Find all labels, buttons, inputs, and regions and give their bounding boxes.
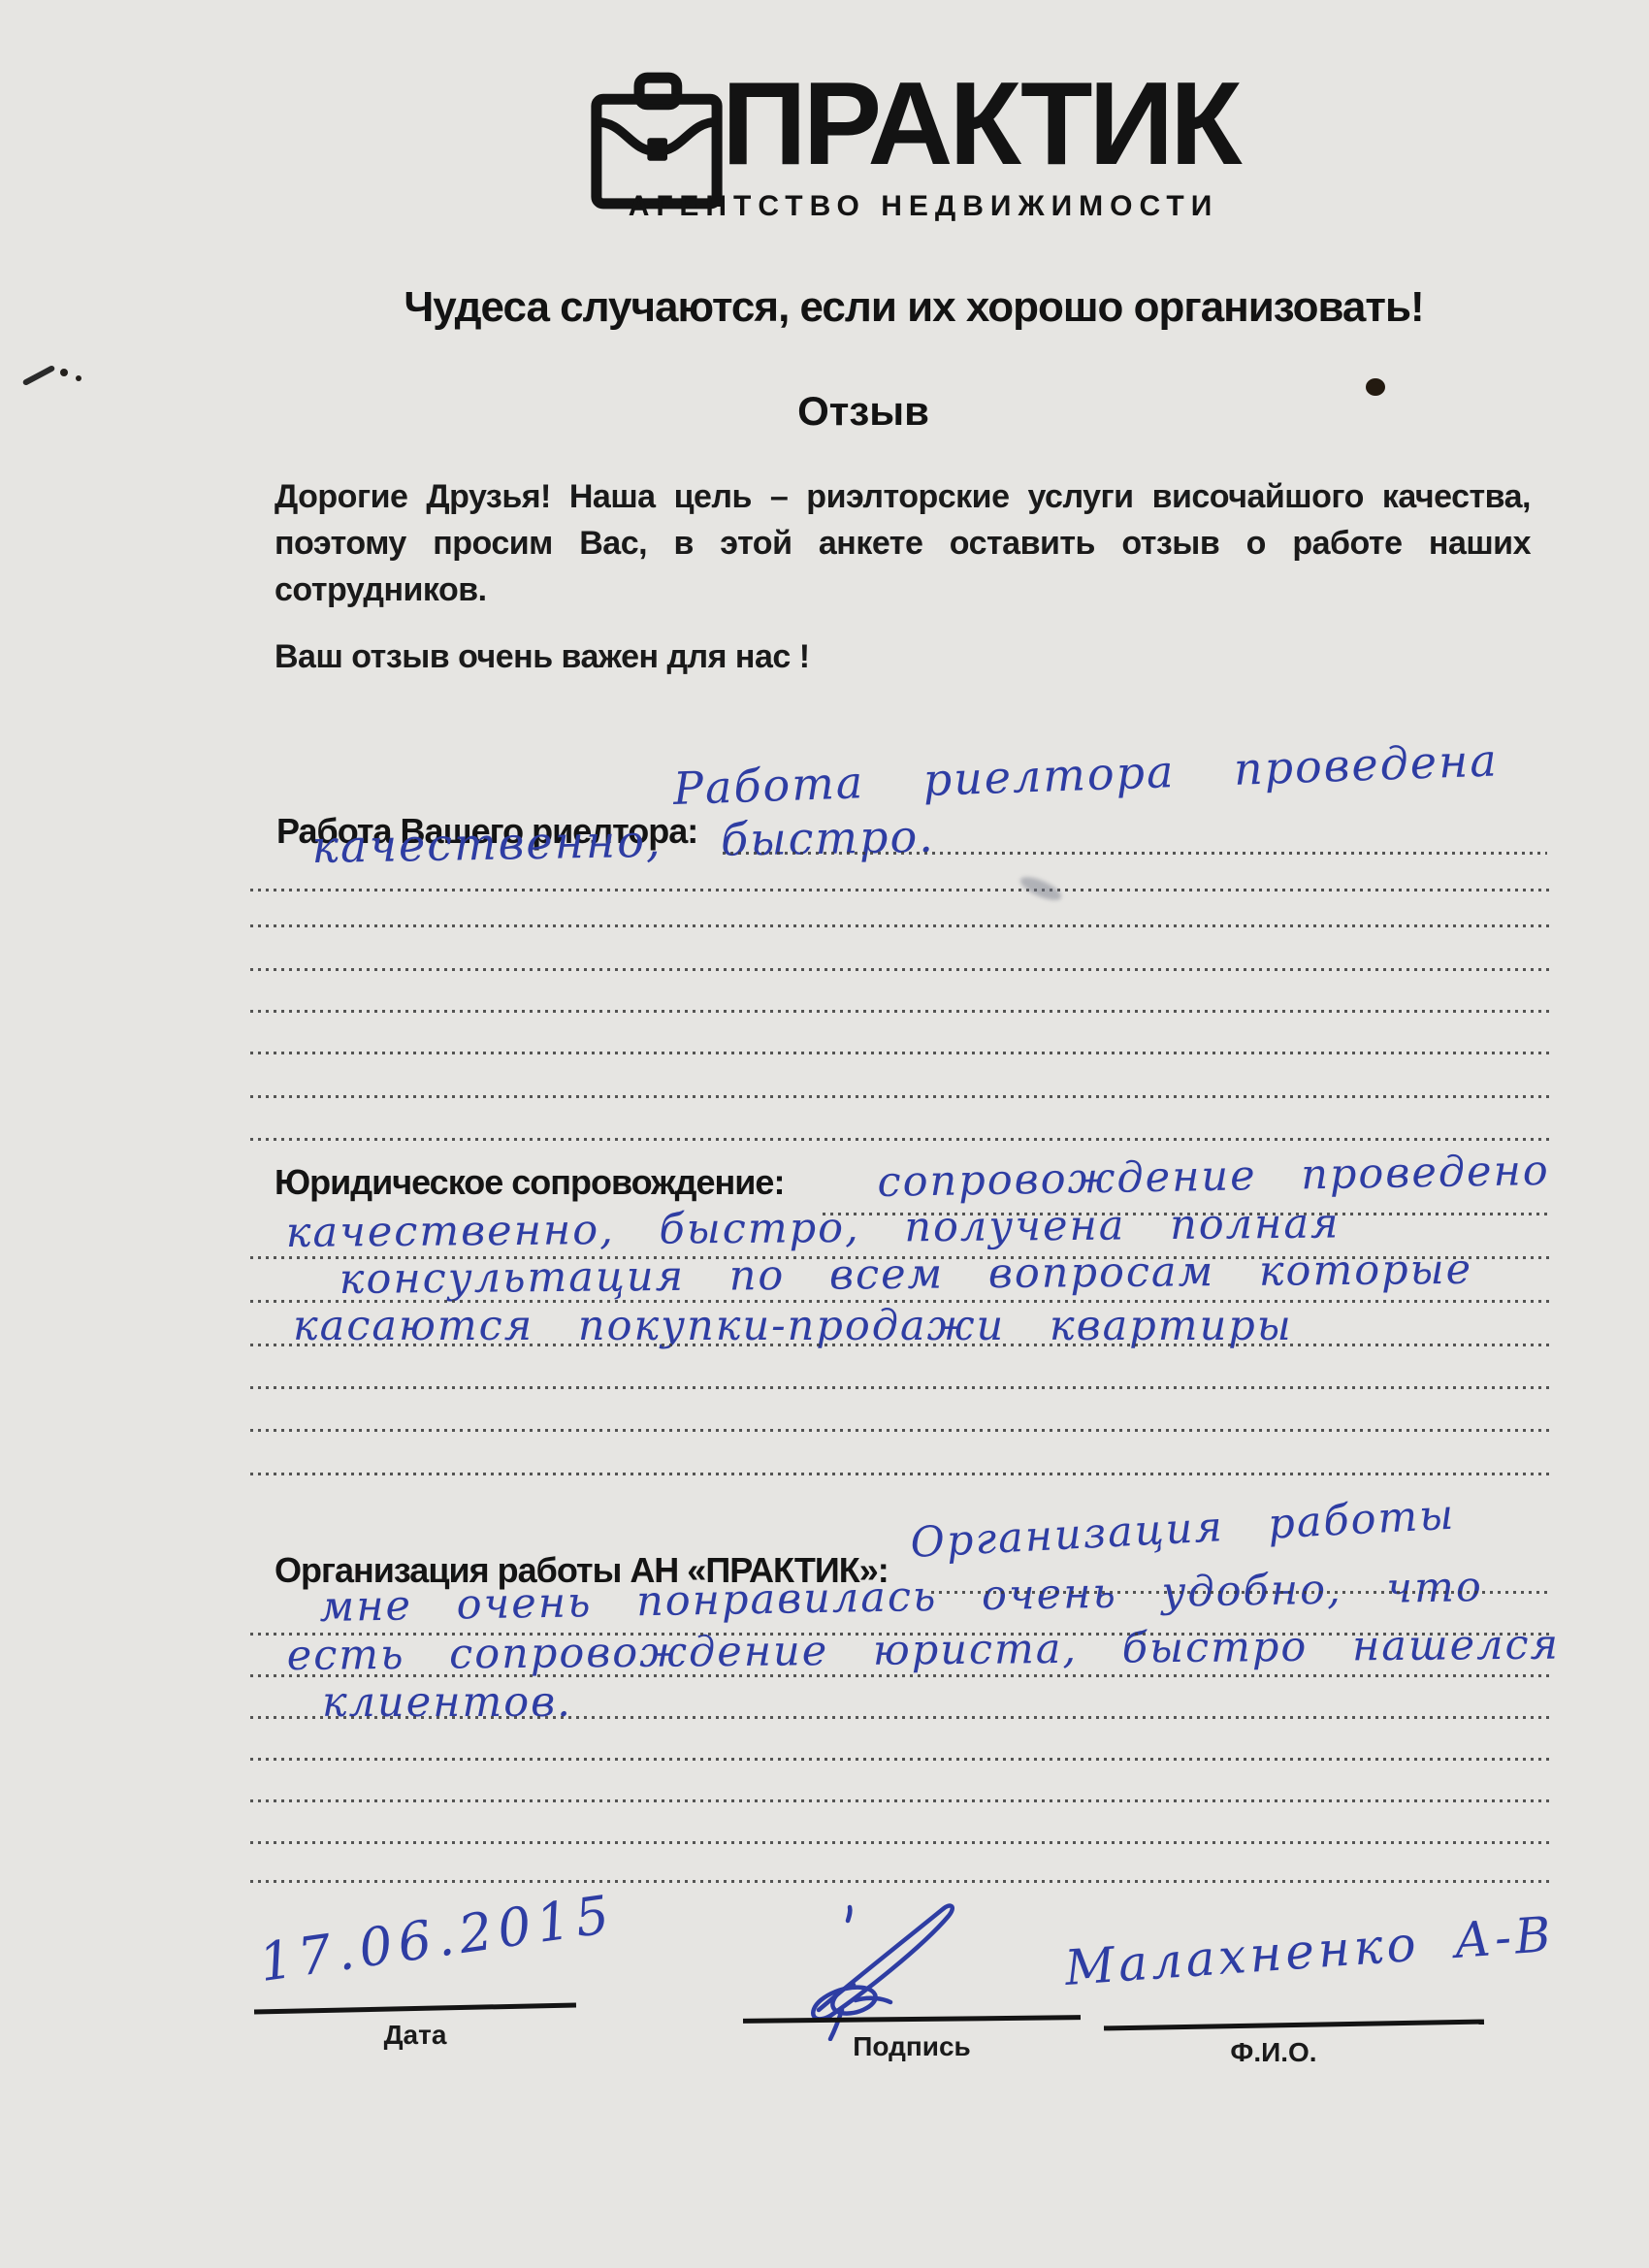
handwritten-answer-line: сопровождение проведено xyxy=(877,1147,1550,1207)
ink-dot xyxy=(76,375,81,381)
dotted-line xyxy=(250,1386,1550,1389)
name-label: Ф.И.О. xyxy=(1104,2037,1443,2068)
handwritten-answer-line: клиентов. xyxy=(322,1678,572,1727)
dotted-line xyxy=(250,1095,1550,1098)
dotted-line xyxy=(250,1799,1550,1802)
dotted-line xyxy=(931,1591,1550,1594)
dotted-line xyxy=(250,1256,1550,1259)
scanned-feedback-form: ПРАКТИК АГЕНТСТВО НЕДВИЖИМОСТИ Чудеса сл… xyxy=(0,0,1649,2268)
dotted-line xyxy=(250,1674,1550,1677)
note-text: Ваш отзыв очень важен для нас ! xyxy=(275,638,810,676)
signature-label: Подпись xyxy=(743,2031,1081,2062)
dotted-line xyxy=(250,1880,1550,1883)
dotted-line xyxy=(823,1213,1548,1215)
dotted-line xyxy=(250,889,1550,891)
handwritten-answer-line: качественно, быстро. xyxy=(311,810,935,873)
dotted-line xyxy=(250,924,1550,927)
slogan: Чудеса случаются, если их хорошо организ… xyxy=(89,283,1649,332)
dotted-line xyxy=(250,1633,1550,1636)
intro-text: Дорогие Друзья! Наша цель – риэлторские … xyxy=(275,473,1531,613)
date-line xyxy=(254,2003,576,2015)
pen-mark xyxy=(22,365,56,386)
dotted-line xyxy=(250,1344,1550,1346)
handwritten-answer-line: Работа риелтора проведена xyxy=(672,733,1499,815)
form-title: Отзыв xyxy=(39,388,1649,435)
dotted-line xyxy=(250,1473,1550,1475)
dotted-line xyxy=(250,1716,1550,1719)
dotted-line xyxy=(250,1052,1550,1054)
dotted-line xyxy=(250,1300,1550,1303)
handwritten-answer-line: есть сопровождение юриста, быстро нашелс… xyxy=(287,1621,1561,1680)
section-label-legal: Юридическое сопровождение: xyxy=(275,1162,784,1203)
dotted-line xyxy=(250,1138,1550,1141)
handwritten-answer-line: консультация по всем вопросам которые xyxy=(339,1246,1473,1304)
date-label: Дата xyxy=(254,2020,576,2051)
dotted-line xyxy=(250,1429,1550,1432)
dotted-line xyxy=(723,852,1547,855)
ink-blot xyxy=(1366,378,1385,396)
handwritten-answer-line: Организация работы xyxy=(909,1491,1456,1568)
name-handwriting: Малахненко А-В xyxy=(1063,1906,1556,1996)
date-handwriting: 17.06.2015 xyxy=(255,1883,618,1993)
dotted-line xyxy=(250,1758,1550,1761)
name-line xyxy=(1104,2020,1484,2031)
dotted-line xyxy=(250,1010,1550,1013)
logo-subtitle: АГЕНТСТВО НЕДВИЖИМОСТИ xyxy=(588,190,1259,223)
logo-text: ПРАКТИК xyxy=(722,64,1239,182)
ink-dot xyxy=(60,369,68,376)
dotted-line xyxy=(250,1841,1550,1844)
dotted-line xyxy=(250,968,1550,971)
